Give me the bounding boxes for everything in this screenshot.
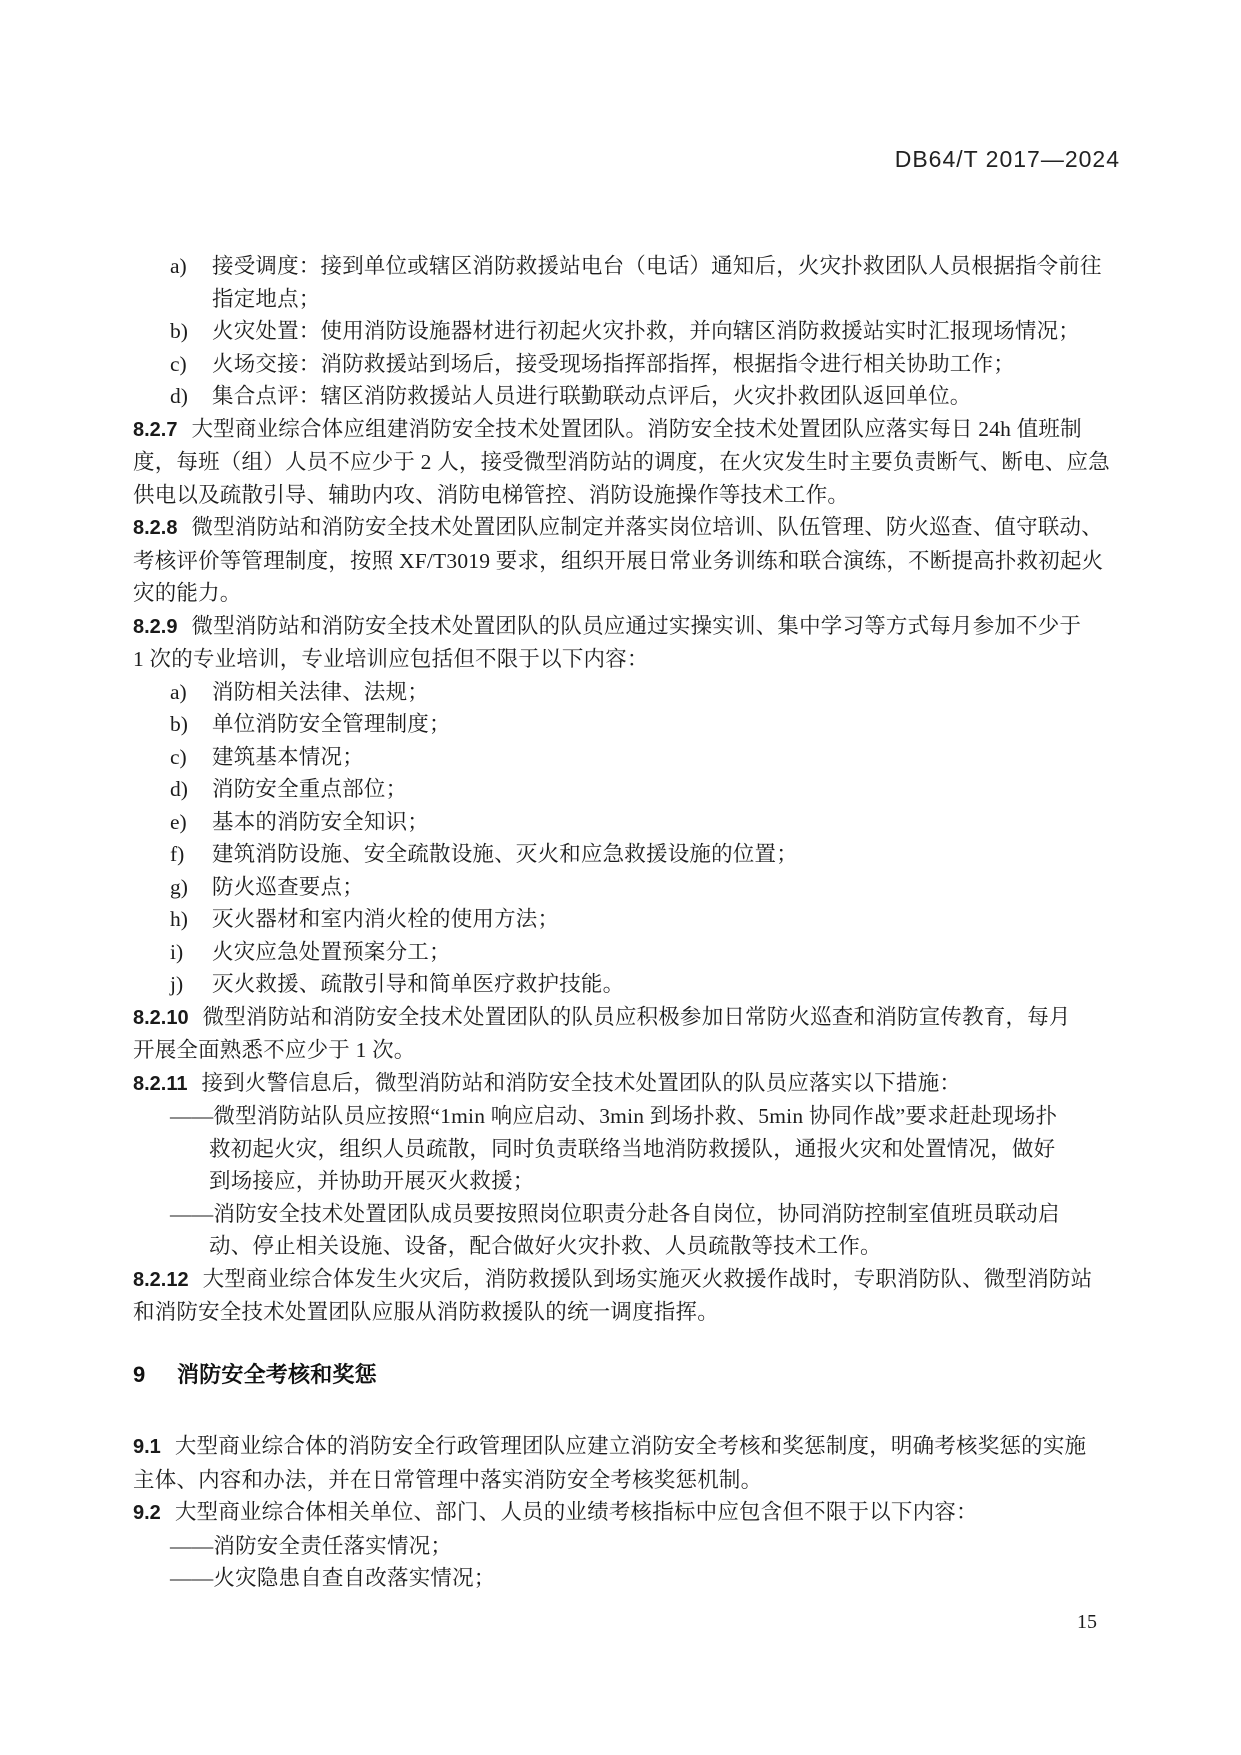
line-text: 灭火器材和室内消火栓的使用方法； (212, 907, 559, 931)
dash-list-continuation: 到场接应，并协助开展灭火救援； (133, 1165, 1125, 1198)
clause-line: 8.2.10微型消防站和消防安全技术处置团队的队员应积极参加日常防火巡查和消防宣… (133, 1001, 1125, 1035)
lettered-list-item: a)消防相关法律、法规； (133, 676, 1125, 709)
standard-number-header: DB64/T 2017—2024 (895, 146, 1120, 173)
lettered-list-item: f)建筑消防设施、安全疏散设施、灭火和应急救援设施的位置； (133, 838, 1125, 871)
line-text: 大型商业综合体的消防安全行政管理团队应建立消防安全考核和奖惩制度，明确考核奖惩的… (175, 1434, 1086, 1458)
line-text: 接受调度：接到单位或辖区消防救援站电台（电话）通知后，火灾扑救团队人员根据指令前… (212, 254, 1102, 278)
line-text: 指定地点； (212, 287, 321, 311)
dash-list-item: ——消防安全责任落实情况； (133, 1530, 1125, 1563)
list-item-label: f) (170, 838, 212, 871)
clause-number: 8.2.11 (133, 1073, 188, 1095)
lettered-list-item: j)灭火救援、疏散引导和简单医疗救护技能。 (133, 968, 1125, 1001)
list-item-label: e) (170, 806, 212, 839)
lettered-list-item: d)消防安全重点部位； (133, 773, 1125, 806)
line-text: 1 次的专业培训，专业培训应包括但不限于以下内容： (133, 647, 649, 671)
dash-list-item: ——火灾隐患自查自改落实情况； (133, 1562, 1125, 1595)
line-text: 建筑基本情况； (212, 745, 364, 769)
line-text: 大型商业综合体应组建消防安全技术处置团队。消防安全技术处置团队应落实每日 24h… (191, 417, 1081, 441)
line-text: 开展全面熟悉不应少于 1 次。 (133, 1038, 416, 1062)
line-text: 供电以及疏散引导、辅助内攻、消防电梯管控、消防设施操作等技术工作。 (133, 483, 849, 507)
lettered-list-item: e)基本的消防安全知识； (133, 806, 1125, 839)
lettered-list-item: b)火灾处置：使用消防设施器材进行初起火灾扑救，并向辖区消防救援站实时汇报现场情… (133, 315, 1125, 348)
dash-list-item: ——微型消防站队员应按照“1min 响应启动、3min 到场扑救、5min 协同… (133, 1100, 1125, 1133)
line-text: 救初起火灾，组织人员疏散，同时负责联络当地消防救援队，通报火灾和处置情况，做好 (209, 1137, 1055, 1161)
line-text: 微型消防站和消防安全技术处置团队的队员应通过实操实训、集中学习等方式每月参加不少… (191, 614, 1081, 638)
line-text: 灭火救援、疏散引导和简单医疗救护技能。 (212, 972, 624, 996)
line-text: 主体、内容和办法，并在日常管理中落实消防安全考核奖惩机制。 (133, 1468, 762, 1492)
continuation-line: 主体、内容和办法，并在日常管理中落实消防安全考核奖惩机制。 (133, 1464, 1125, 1497)
line-text: 考核评价等管理制度，按照 XF/T3019 要求，组织开展日常业务训练和联合演练… (133, 549, 1103, 573)
clause-number: 8.2.7 (133, 419, 177, 441)
continuation-line: 考核评价等管理制度，按照 XF/T3019 要求，组织开展日常业务训练和联合演练… (133, 545, 1125, 578)
line-text: 灾的能力。 (133, 581, 242, 605)
line-text: 建筑消防设施、安全疏散设施、灭火和应急救援设施的位置； (212, 842, 798, 866)
line-text: 微型消防站和消防安全技术处置团队的队员应积极参加日常防火巡查和消防宣传教育，每月 (203, 1005, 1071, 1029)
continuation-line: 度，每班（组）人员不应少于 2 人，接受微型消防站的调度，在火灾发生时主要负责断… (133, 446, 1125, 479)
line-text: 火灾处置：使用消防设施器材进行初起火灾扑救，并向辖区消防救援站实时汇报现场情况； (212, 319, 1080, 343)
line-text: 火场交接：消防救援站到场后，接受现场指挥部指挥，根据指令进行相关协助工作； (212, 352, 1015, 376)
list-item-label: g) (170, 871, 212, 904)
dash-list-continuation: 动、停止相关设施、设备，配合做好火灾扑救、人员疏散等技术工作。 (133, 1230, 1125, 1263)
line-text: 动、停止相关设施、设备，配合做好火灾扑救、人员疏散等技术工作。 (209, 1234, 882, 1258)
continuation-line: 灾的能力。 (133, 577, 1125, 610)
clause-line: 8.2.7大型商业综合体应组建消防安全技术处置团队。消防安全技术处置团队应落实每… (133, 413, 1125, 447)
clause-line: 8.2.8微型消防站和消防安全技术处置团队应制定并落实岗位培训、队伍管理、防火巡… (133, 511, 1125, 545)
line-text: 消防安全重点部位； (212, 777, 407, 801)
line-text: 集合点评：辖区消防救援站人员进行联勤联动点评后，火灾扑救团队返回单位。 (212, 384, 972, 408)
list-item-label: d) (170, 773, 212, 806)
line-text: 接到火警信息后，微型消防站和消防安全技术处置团队的队员应落实以下措施： (202, 1071, 962, 1095)
list-item-label: b) (170, 315, 212, 348)
line-text: 大型商业综合体相关单位、部门、人员的业绩考核指标中应包含但不限于以下内容： (175, 1500, 978, 1524)
clause-line: 8.2.9微型消防站和消防安全技术处置团队的队员应通过实操实训、集中学习等方式每… (133, 610, 1125, 644)
line-text: ——微型消防站队员应按照“1min 响应启动、3min 到场扑救、5min 协同… (170, 1104, 1057, 1128)
line-text: 消防安全考核和奖惩 (177, 1362, 377, 1387)
list-item-label: j) (170, 968, 212, 1001)
dash-list-item: ——消防安全技术处置团队成员要按照岗位职责分赴各自岗位，协同消防控制室值班员联动… (133, 1198, 1125, 1231)
lettered-list-item: c)火场交接：消防救援站到场后，接受现场指挥部指挥，根据指令进行相关协助工作； (133, 348, 1125, 381)
document-body: a)接受调度：接到单位或辖区消防救援站电台（电话）通知后，火灾扑救团队人员根据指… (133, 250, 1125, 1595)
continuation-line: 开展全面熟悉不应少于 1 次。 (133, 1034, 1125, 1067)
page-number: 15 (1077, 1611, 1097, 1634)
clause-line: 9.1大型商业综合体的消防安全行政管理团队应建立消防安全考核和奖惩制度，明确考核… (133, 1430, 1125, 1464)
clause-number: 9.2 (133, 1502, 161, 1524)
lettered-list-item: i)火灾应急处置预案分工； (133, 936, 1125, 969)
document-page: DB64/T 2017—2024 a)接受调度：接到单位或辖区消防救援站电台（电… (0, 0, 1241, 1755)
clause-line: 8.2.12大型商业综合体发生火灾后，消防救援队到场实施灭火救援作战时，专职消防… (133, 1263, 1125, 1297)
lettered-list-continuation: 指定地点； (133, 283, 1125, 316)
lettered-list-item: g)防火巡查要点； (133, 871, 1125, 904)
lettered-list-item: b)单位消防安全管理制度； (133, 708, 1125, 741)
line-text: 基本的消防安全知识； (212, 810, 429, 834)
list-item-label: i) (170, 936, 212, 969)
line-text: ——消防安全责任落实情况； (170, 1534, 452, 1558)
line-text: 到场接应，并协助开展灭火救援； (209, 1169, 535, 1193)
lettered-list-item: h)灭火器材和室内消火栓的使用方法； (133, 903, 1125, 936)
section-number: 9 (133, 1359, 177, 1392)
line-text: 单位消防安全管理制度； (212, 712, 451, 736)
line-text: 大型商业综合体发生火灾后，消防救援队到场实施灭火救援作战时，专职消防队、微型消防… (203, 1267, 1093, 1291)
list-item-label: a) (170, 676, 212, 709)
section-heading: 9消防安全考核和奖惩 (133, 1359, 1125, 1392)
continuation-line: 供电以及疏散引导、辅助内攻、消防电梯管控、消防设施操作等技术工作。 (133, 479, 1125, 512)
dash-list-continuation: 救初起火灾，组织人员疏散，同时负责联络当地消防救援队，通报火灾和处置情况，做好 (133, 1133, 1125, 1166)
line-text: ——火灾隐患自查自改落实情况； (170, 1566, 496, 1590)
lettered-list-item: a)接受调度：接到单位或辖区消防救援站电台（电话）通知后，火灾扑救团队人员根据指… (133, 250, 1125, 283)
line-text: 火灾应急处置预案分工； (212, 940, 451, 964)
line-text: 消防相关法律、法规； (212, 680, 429, 704)
clause-line: 8.2.11接到火警信息后，微型消防站和消防安全技术处置团队的队员应落实以下措施… (133, 1067, 1125, 1101)
clause-number: 9.1 (133, 1436, 161, 1458)
lettered-list-item: d)集合点评：辖区消防救援站人员进行联勤联动点评后，火灾扑救团队返回单位。 (133, 380, 1125, 413)
clause-number: 8.2.8 (133, 517, 177, 539)
clause-line: 9.2大型商业综合体相关单位、部门、人员的业绩考核指标中应包含但不限于以下内容： (133, 1496, 1125, 1530)
list-item-label: c) (170, 741, 212, 774)
list-item-label: d) (170, 380, 212, 413)
lettered-list-item: c)建筑基本情况； (133, 741, 1125, 774)
list-item-label: a) (170, 250, 212, 283)
list-item-label: c) (170, 348, 212, 381)
continuation-line: 1 次的专业培训，专业培训应包括但不限于以下内容： (133, 643, 1125, 676)
clause-number: 8.2.10 (133, 1007, 189, 1029)
continuation-line: 和消防安全技术处置团队应服从消防救援队的统一调度指挥。 (133, 1296, 1125, 1329)
list-item-label: b) (170, 708, 212, 741)
line-text: 度，每班（组）人员不应少于 2 人，接受微型消防站的调度，在火灾发生时主要负责断… (133, 450, 1110, 474)
line-text: 微型消防站和消防安全技术处置团队应制定并落实岗位培训、队伍管理、防火巡查、值守联… (191, 515, 1102, 539)
line-text: 和消防安全技术处置团队应服从消防救援队的统一调度指挥。 (133, 1300, 719, 1324)
line-text: 防火巡查要点； (212, 875, 364, 899)
clause-number: 8.2.12 (133, 1269, 189, 1291)
clause-number: 8.2.9 (133, 616, 177, 638)
list-item-label: h) (170, 903, 212, 936)
line-text: ——消防安全技术处置团队成员要按照岗位职责分赴各自岗位，协同消防控制室值班员联动… (170, 1202, 1060, 1226)
